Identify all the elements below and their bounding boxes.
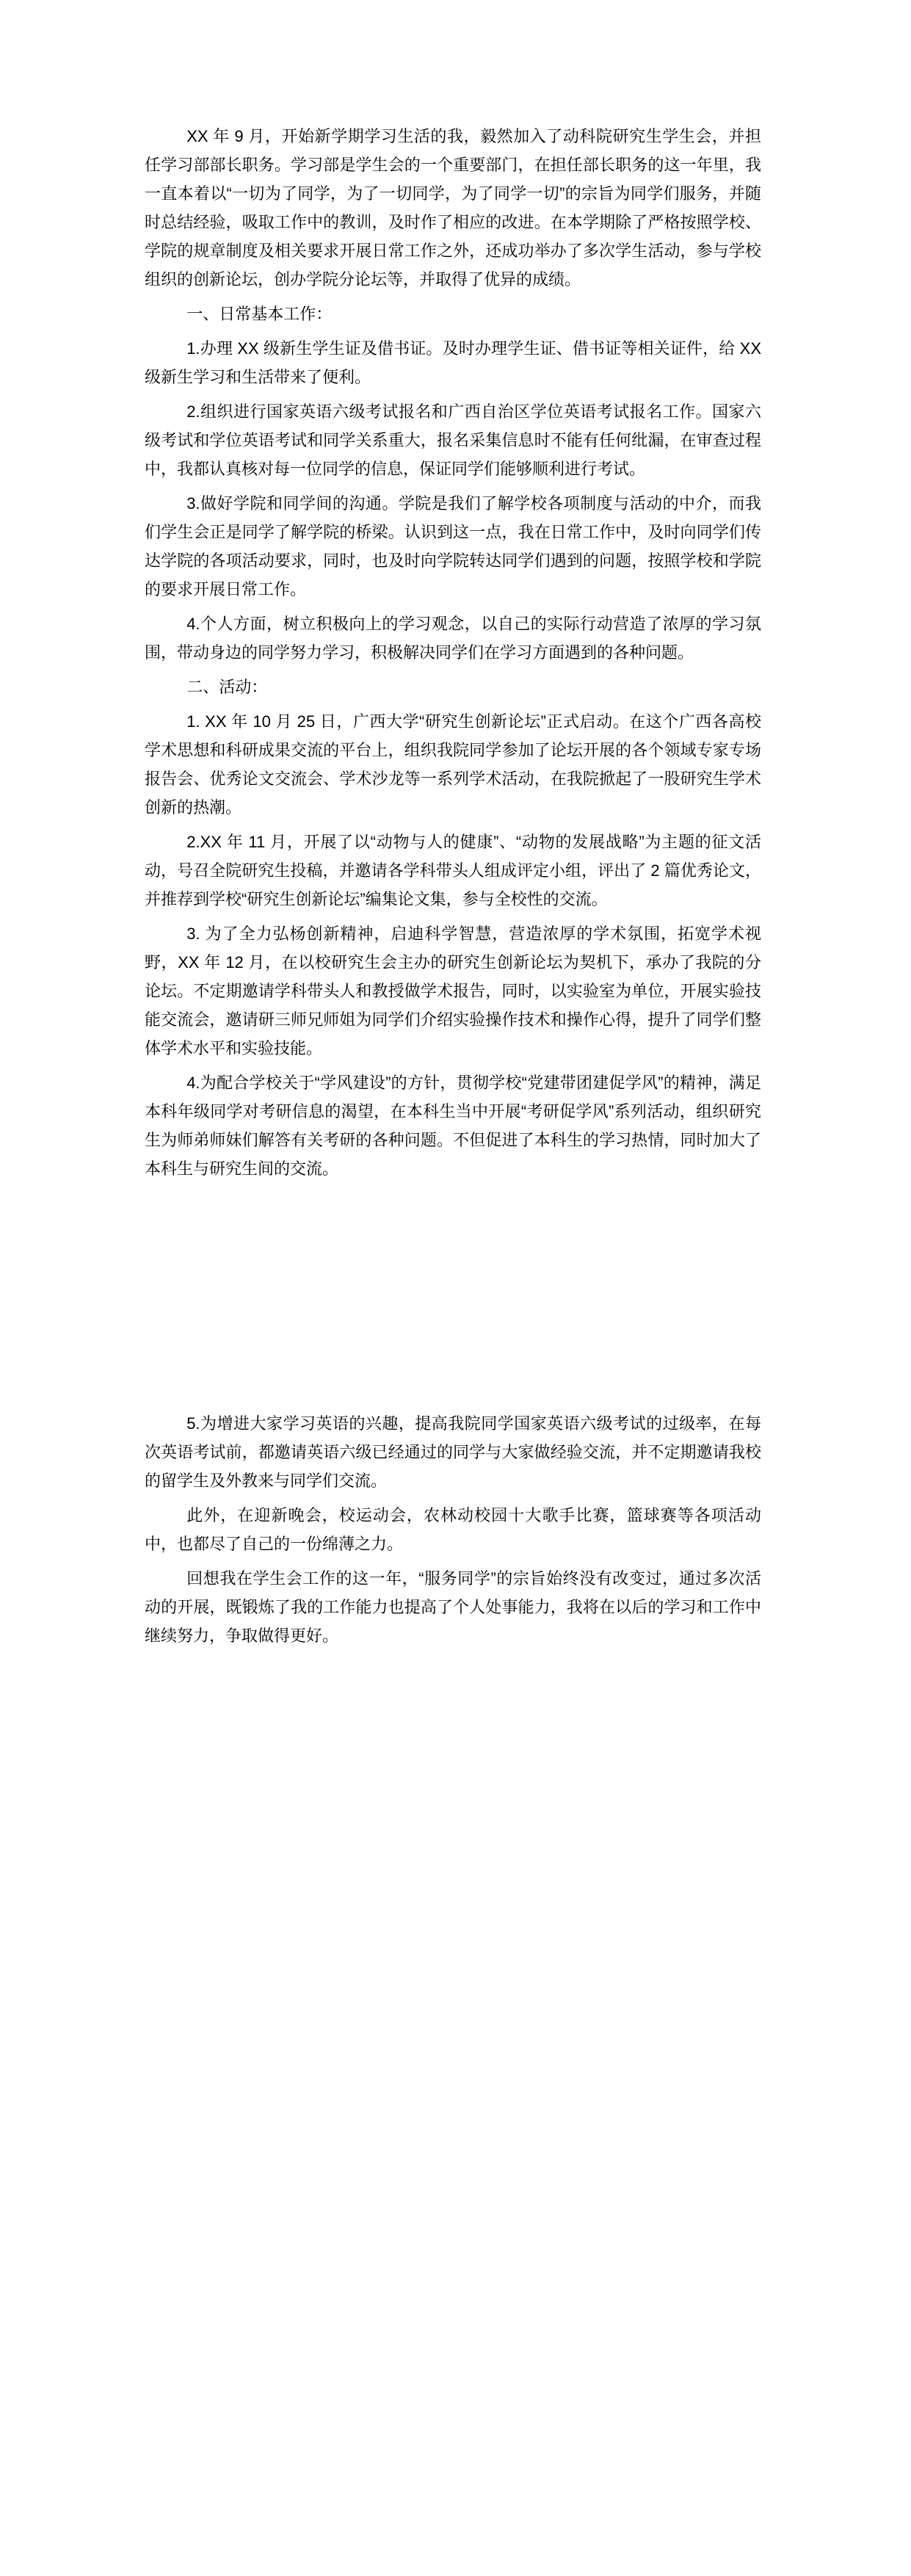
activity-item-5: 5.为增进大家学习英语的兴趣，提高我院同学国家英语六级考试的过级率，在每次英语考… [145,1409,761,1495]
daily-work-item-3: 3.做好学院和同学间的沟通。学院是我们了解学校各项制度与活动的中介，而我们学生会… [145,489,761,604]
activity-item-4: 4.为配合学校关于“学风建设”的方针，贯彻学校“党建带团建促学风”的精神，满足本… [145,1068,761,1183]
daily-work-item-1: 1.办理 XX 级新生学生证及借书证。及时办理学生证、借书证等相关证件，给 XX… [145,334,761,391]
daily-work-item-4: 4.个人方面，树立积极向上的学习观念，以自己的实际行动营造了浓厚的学习氛围，带动… [145,609,761,667]
document-page: XX 年 9 月，开始新学期学习生活的我，毅然加入了动科院研究生学生会，并担任学… [0,0,911,2576]
section-heading-activities: 二、活动： [145,673,761,701]
closing-paragraph: 回想我在学生会工作的这一年，“服务同学”的宗旨始终没有改变过，通过多次活动的开展… [145,1564,761,1650]
activity-item-3: 3. 为了全力弘杨创新精神，启迪科学智慧，营造浓厚的学术氛围，拓宽学术视野，XX… [145,919,761,1063]
section-heading-daily-work: 一、日常基本工作： [145,300,761,328]
activity-item-2: 2.XX 年 11 月，开展了以“动物与人的健康”、“动物的发展战略”为主题的征… [145,828,761,913]
daily-work-item-2: 2.组织进行国家英语六级考试报名和广西自治区学位英语考试报名工作。国家六级考试和… [145,397,761,483]
activity-item-1: 1. XX 年 10 月 25 日，广西大学“研究生创新论坛”正式启动。在这个广… [145,707,761,822]
intro-paragraph: XX 年 9 月，开始新学期学习生活的我，毅然加入了动科院研究生学生会，并担任学… [145,122,761,294]
page-break-gap [145,1189,761,1409]
other-activities-paragraph: 此外，在迎新晚会，校运动会，农林动校园十大歌手比赛，篮球赛等各项活动中，也都尽了… [145,1501,761,1558]
